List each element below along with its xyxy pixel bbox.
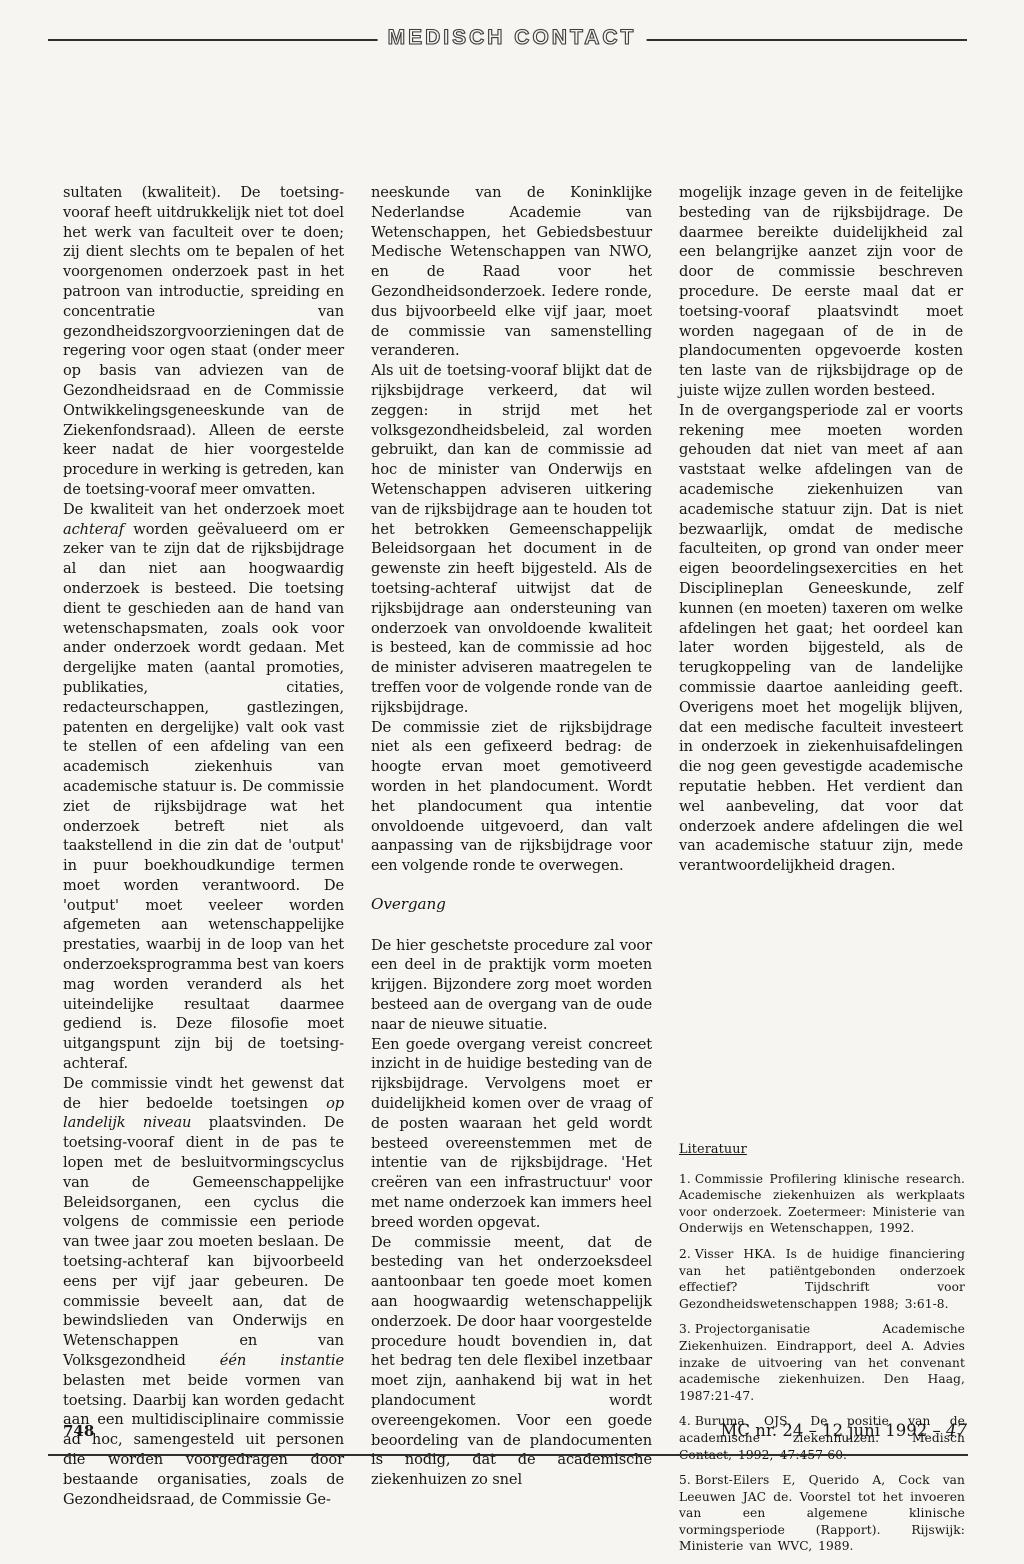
reference-number: 4. xyxy=(679,1414,695,1428)
paragraph: Een goede overgang vereist concreet inzi… xyxy=(371,1035,652,1233)
literature-section: Literatuur 1.Commissie Profilering klini… xyxy=(679,1142,965,1564)
reference-text: Borst-Eilers E, Querido A, Cock van Leeu… xyxy=(679,1473,965,1553)
reference-item: 5.Borst-Eilers E, Querido A, Cock van Le… xyxy=(679,1472,965,1555)
reference-number: 5. xyxy=(679,1473,695,1487)
reference-item: 2.Visser HKA. Is de huidige financiering… xyxy=(679,1246,965,1312)
paragraph: De commissie meent, dat de besteding van… xyxy=(371,1233,652,1490)
reference-number: 1. xyxy=(679,1172,695,1186)
reference-text: Commissie Profilering klinische research… xyxy=(679,1172,965,1236)
issue-info-text: MC nr. 24 – 12 juni 1992 – xyxy=(720,1421,946,1440)
reference-number: 2. xyxy=(679,1247,695,1261)
paragraph: De commissie vindt het gewenst dat de hi… xyxy=(63,1074,344,1510)
reference-text: Projectorganisatie Academische Ziekenhui… xyxy=(679,1322,965,1402)
paragraph: In de overgangsperiode zal er voorts rek… xyxy=(679,401,963,876)
issue-info: MC nr. 24 – 12 juni 1992 – 47 xyxy=(720,1421,967,1440)
text-column-1: sultaten (kwaliteit). De toetsing-vooraf… xyxy=(63,183,344,1509)
reference-text: Visser HKA. Is de huidige financiering v… xyxy=(679,1247,965,1311)
reference-number: 3. xyxy=(679,1322,695,1336)
issue-page-number: 47 xyxy=(946,1421,967,1440)
paragraph: De commissie ziet de rijksbijdrage niet … xyxy=(371,718,652,876)
text-column-2: neeskunde van de Koninklijke Nederlandse… xyxy=(371,183,652,1490)
page-number: 748 xyxy=(63,1422,94,1440)
paragraph: De hier geschetste procedure zal voor ee… xyxy=(371,936,652,1035)
footer-rule xyxy=(48,1454,968,1456)
section-heading-overgang: Overgang xyxy=(371,895,652,915)
literature-heading: Literatuur xyxy=(679,1142,965,1159)
reference-item: 3.Projectorganisatie Academische Ziekenh… xyxy=(679,1321,965,1404)
paragraph: De kwaliteit van het onderzoek moet acht… xyxy=(63,500,344,1074)
paragraph: Als uit de toetsing-vooraf blijkt dat de… xyxy=(371,361,652,717)
journal-masthead-title: MEDISCH CONTACT xyxy=(378,26,647,50)
paragraph: mogelijk inzage geven in de feitelijke b… xyxy=(679,183,963,401)
reference-item: 1.Commissie Profilering klinische resear… xyxy=(679,1171,965,1237)
paragraph: neeskunde van de Koninklijke Nederlandse… xyxy=(371,183,652,361)
paragraph: sultaten (kwaliteit). De toetsing-vooraf… xyxy=(63,183,344,500)
text-column-3: mogelijk inzage geven in de feitelijke b… xyxy=(679,183,963,876)
journal-page: MEDISCH CONTACT sultaten (kwaliteit). De… xyxy=(0,0,1024,1484)
